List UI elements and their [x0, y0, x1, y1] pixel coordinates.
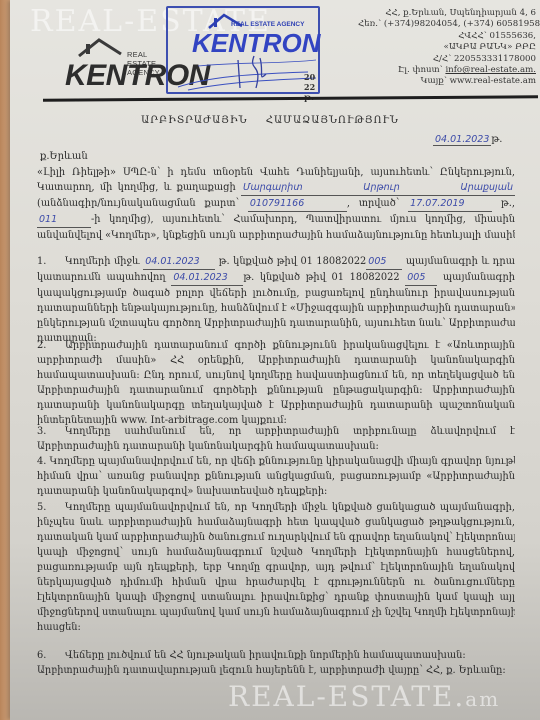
- company-stamp: REAL ESTATE AGENCY KENTRON 20 22 թ.: [166, 6, 320, 94]
- contact-email-row: Էլ. փոստ՝ info@real-estate.am.: [358, 65, 536, 76]
- contact-tin: ՀՎՀՀ՝ 01555636,: [358, 31, 536, 42]
- contact-bank: «ԱԿԲԱ ԲԱՆԿ» ԲԲԸ: [358, 42, 536, 53]
- site-label: Կայք՝: [421, 76, 447, 86]
- handwritten-contract-no-2: 005: [405, 270, 437, 286]
- document-title: ԱՐԲԻՏՐԱԺԱՅԻՆ ՀԱՄԱՁԱՅՆՈՒԹՅՈՒՆ: [0, 115, 540, 126]
- clause-3: 3.Կողմերը սահմանում են, որ արբիտրաժային …: [37, 424, 515, 454]
- contact-phone: Հեռ.՝ (+374)98204054, (+374) 60581958,: [358, 19, 536, 30]
- clause-1: 1.Կողմերի միջև 04.01.2023 թ. կնքված թիվ …: [37, 254, 515, 346]
- clause-2: 2.Արբիտրաժային դատարանում գործի քննությո…: [37, 338, 515, 428]
- site-link[interactable]: www.real-estate.am: [450, 76, 536, 86]
- house-roof-icon: [77, 36, 127, 58]
- document-date: 04.01.2023թ.: [433, 134, 503, 146]
- clause-6: 6.Վեճերը լուծվում են ՀՀ նյութական իրավու…: [37, 648, 515, 678]
- email-link[interactable]: info@real-estate.am.: [445, 65, 536, 75]
- handwritten-issue-date: 17.07.2019: [408, 196, 492, 212]
- email-label: Էլ. փոստ՝: [398, 65, 443, 75]
- intro-paragraph: «Լիլի Ռիելթի» ՍՊԸ-ն՝ ի դեմս տնօրեն Վահե …: [37, 165, 515, 243]
- handwritten-contract-date-1: 04.01.2023: [143, 254, 215, 270]
- handwritten-id-number: 010791166: [248, 196, 347, 212]
- clause-4: 4. Կողմերը պայմանավորվում են, որ վեճի քն…: [37, 454, 515, 499]
- contact-address: ՀՀ, ք.Երևան, Սպենդիարյան 4, 6: [358, 8, 536, 19]
- stamp-agency-label: REAL ESTATE AGENCY: [231, 21, 304, 28]
- contact-account: Հ/Հ՝ 220553331178000: [358, 54, 536, 65]
- document-city: ք.Երևան: [40, 151, 88, 162]
- contact-info: ՀՀ, ք.Երևան, Սպենդիարյան 4, 6 Հեռ.՝ (+37…: [358, 8, 536, 88]
- handwritten-client-name: Մարգարիտ Արթուր Արաքսյան: [241, 180, 515, 196]
- contact-site-row: Կայք՝ www.real-estate.am: [358, 76, 536, 87]
- handwritten-contract-date-2: 04.01.2023: [171, 270, 243, 286]
- clause-5: 5.Կողմերը պայմանավորվում են, որ Կողմերի …: [37, 500, 515, 635]
- handwritten-issuer-code: 011: [37, 212, 91, 228]
- signature-scribble: [168, 52, 318, 92]
- watermark-bottom: REAL-ESTATE.am: [228, 680, 500, 713]
- handwritten-contract-no-1: 005: [366, 254, 402, 270]
- handwritten-date: 04.01.2023: [433, 134, 491, 146]
